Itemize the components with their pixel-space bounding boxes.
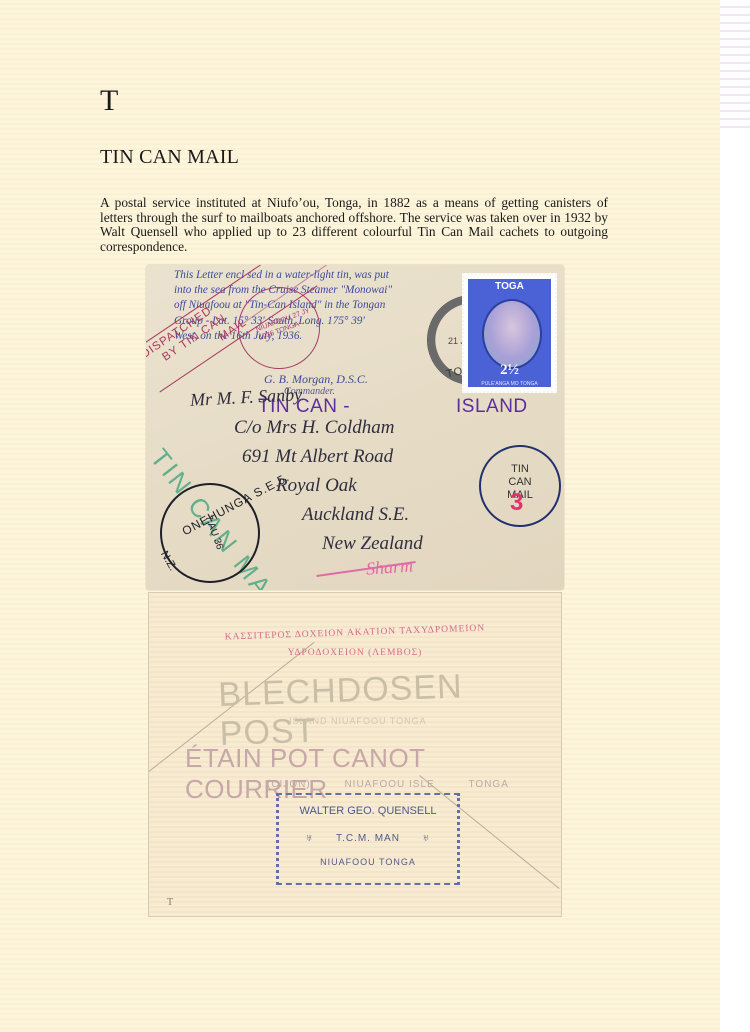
german-cachet: BLECHDOSEN POST [218, 664, 562, 754]
french-sub-part: TONGA [468, 779, 508, 790]
queen-portrait-icon [482, 299, 542, 369]
address-line: New Zealand [322, 529, 554, 558]
quensell-role: T.C.M. MAN [336, 833, 400, 844]
pencil-mark: T [167, 897, 173, 908]
quensell-symbol-icon: ♅ [422, 833, 431, 844]
stamp-country: TOGA [468, 281, 551, 292]
french-sub-part: NIUAFOOU ISLE [344, 779, 434, 790]
postmark-line: TIN [502, 463, 538, 476]
album-page: T TIN CAN MAIL A postal service institut… [0, 0, 720, 1032]
cover-back: ΚΑΣΣΙΤΕΡΟΣ ΔΟΧΕΙΟΝ ΑΚΑΤΙΟΝ ΤΑΧΥΔΡΟΜΕΙΟΝ … [148, 592, 562, 917]
postmark-line: CAN [502, 476, 538, 489]
scan-edge [720, 0, 750, 130]
postage-stamp: TOGA 2½ PULE'ANGA MO TONGA [462, 273, 557, 393]
quensell-name: WALTER GEO. QUENSELL [279, 805, 457, 817]
stamp-design: TOGA 2½ PULE'ANGA MO TONGA [468, 279, 551, 387]
section-letter: T [100, 84, 118, 118]
french-sub-part: (CIJON) [267, 779, 311, 790]
pink-signature: Sharm [365, 555, 413, 579]
address-line: C/o Mrs H. Coldham [234, 413, 554, 442]
stamp-bottom-text: PULE'ANGA MO TONGA [468, 381, 551, 387]
quensell-role-line: ♅T.C.M. MAN♅ [279, 833, 457, 844]
stamp-value: 2½ [468, 362, 551, 379]
german-cachet-sub: ISLAND NIUAFOOU TONGA [289, 716, 427, 726]
greek-cachet-line: ΥΔΡΟΔΟΧΕΙΟΝ (ΛΕΜΒΟΣ) [149, 648, 561, 658]
cover-front: This Letter encl sed in a water-light ti… [146, 265, 564, 590]
french-cachet-sub: (CIJON) NIUAFOOU ISLE TONGA [267, 779, 557, 790]
page-title: TIN CAN MAIL [100, 146, 239, 169]
quensell-cachet-box: WALTER GEO. QUENSELL ♅T.C.M. MAN♅ NIUAFO… [276, 793, 460, 885]
quensell-place: NIUAFOOU TONGA [279, 857, 457, 867]
red-crayon-mark: 3 [510, 489, 523, 517]
description-paragraph: A postal service instituted at Niufo’ou,… [100, 196, 608, 254]
quensell-symbol-icon: ♅ [306, 833, 315, 844]
greek-cachet-line: ΚΑΣΣΙΤΕΡΟΣ ΔΟΧΕΙΟΝ ΑΚΑΤΙΟΝ ΤΑΧΥΔΡΟΜΕΙΟΝ [149, 621, 561, 645]
